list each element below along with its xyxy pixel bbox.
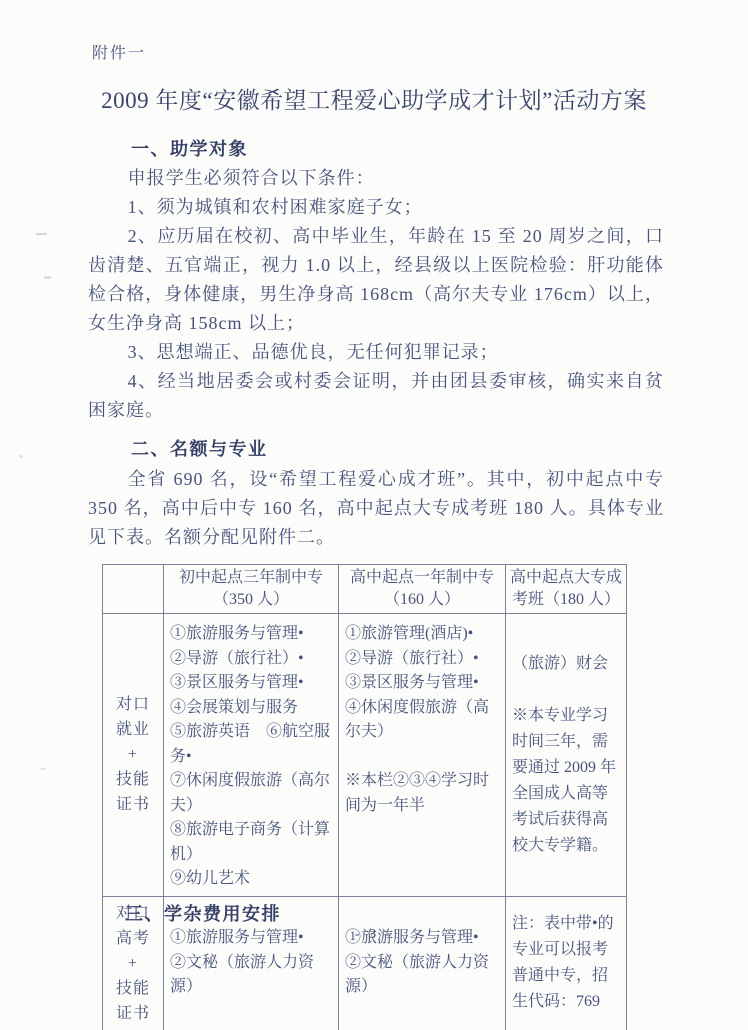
scanned-document-page: 附件一 2009 年度“安徽希望工程爱心助学成才计划”活动方案 一、助学对象 申… — [0, 0, 748, 1030]
cell-employment-3yr-majors: ①旅游服务与管理• ②导游（旅行社）• ③景区服务与管理• ④会展策划与服务 ⑤… — [164, 614, 339, 897]
section2-heading: 二、名额与专业 — [131, 435, 268, 461]
header-dazhuan-chengkao: 高中起点大专成 考班（180 人） — [506, 565, 627, 614]
row-label-employment: 对口 就业 + 技能 证书 — [103, 614, 164, 897]
section1-heading: 一、助学对象 — [131, 135, 248, 161]
document-title: 2009 年度“安徽希望工程爱心助学成才计划”活动方案 — [40, 82, 708, 115]
section1-intro: 申报学生必须符合以下条件： — [88, 164, 664, 193]
attachment-label: 附件一 — [92, 40, 146, 63]
scan-artifact — [44, 276, 51, 279]
table-header-row: 初中起点三年制中专 （350 人） 高中起点一年制中专 （160 人） 高中起点… — [103, 565, 627, 614]
scan-artifact — [40, 768, 46, 770]
section3-heading: 三、学杂费用安排 — [125, 900, 281, 926]
section1-item-1: 1、须为城镇和农村困难家庭子女； — [88, 193, 664, 222]
page-number: - 3 - — [0, 927, 748, 943]
section1-item-2: 2、应历届在校初、高中毕业生，年龄在 15 至 20 周岁之间，口齿清楚、五官端… — [88, 222, 664, 338]
section1-item-3: 3、思想端正、品德优良，无任何犯罪记录； — [88, 338, 664, 367]
table-corner-cell — [103, 565, 164, 614]
cell-employment-1yr-majors: ①旅游管理(酒店)• ②导游（旅行社）• ③景区服务与管理• ④休闲度假旅游（高… — [339, 614, 506, 897]
header-zhongzhuan-1yr: 高中起点一年制中专 （160 人） — [339, 565, 506, 614]
section2-body: 全省 690 名，设“希望工程爱心成才班”。其中，初中起点中专 350 名，高中… — [88, 465, 664, 552]
scan-artifact — [36, 233, 47, 236]
section1-body: 申报学生必须符合以下条件： 1、须为城镇和农村困难家庭子女； 2、应历届在校初、… — [88, 164, 664, 425]
cell-employment-dazhuan-majors: （旅游）财会 ※本专业学习时间三年，需要通过 2009 年全国成人高等考试后获得… — [506, 614, 627, 897]
scan-artifact — [19, 455, 23, 458]
section2-paragraph: 全省 690 名，设“希望工程爱心成才班”。其中，初中起点中专 350 名，高中… — [88, 465, 664, 552]
cell-table-note: 注：表中带•的专业可以报考普通中专，招生代码：769 — [506, 896, 627, 1030]
section1-item-4: 4、经当地居委会或村委会证明，并由团县委审核，确实来自贫困家庭。 — [88, 367, 664, 425]
majors-table: 初中起点三年制中专 （350 人） 高中起点一年制中专 （160 人） 高中起点… — [102, 564, 627, 1030]
table-row-employment: 对口 就业 + 技能 证书 ①旅游服务与管理• ②导游（旅行社）• ③景区服务与… — [103, 614, 627, 897]
cell-gaokao-1yr-majors: ①旅游服务与管理• ②文秘（旅游人力资源） — [339, 896, 506, 1030]
header-zhongzhuan-3yr: 初中起点三年制中专 （350 人） — [164, 565, 339, 614]
